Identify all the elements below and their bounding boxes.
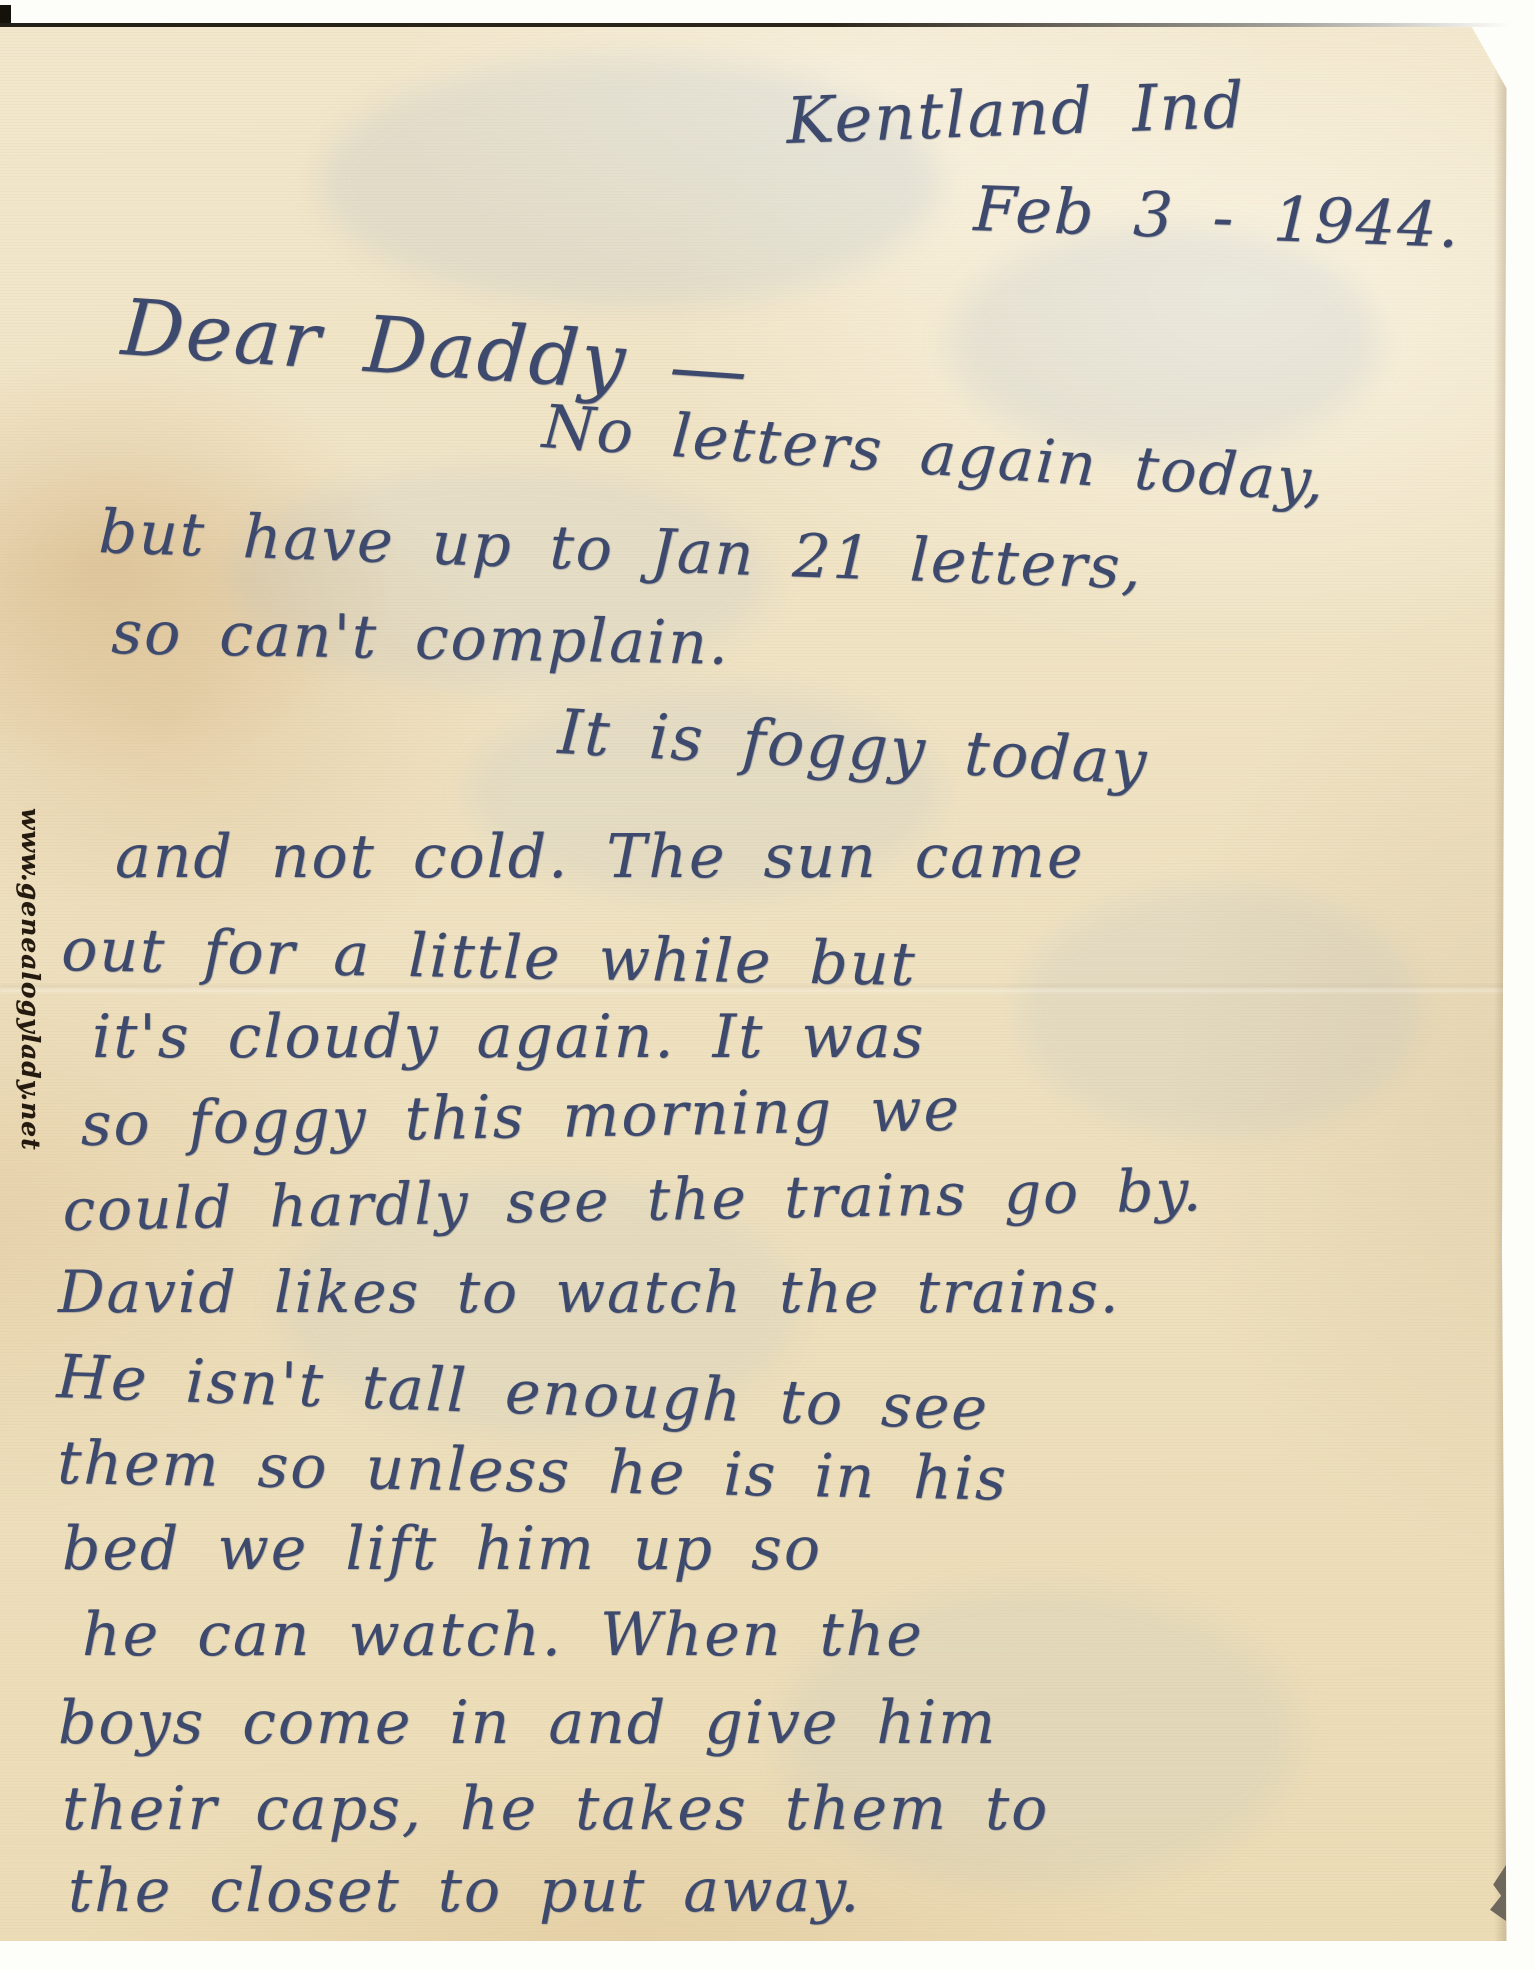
letter-line: so can't complain. (111, 598, 731, 679)
letter-line: out for a little while but (61, 915, 917, 1000)
watermark-text: www.genealogylady.net (16, 808, 45, 1151)
letter-line: David likes to watch the trains. (58, 1258, 1120, 1326)
paper-edge-shading (1494, 27, 1508, 1941)
scanned-letter-page: www.genealogylady.net Kentland Ind Feb 3… (0, 0, 1535, 1970)
ink-showthrough (1020, 887, 1420, 1137)
letter-line: and not cold. The sun came (115, 822, 1084, 892)
letter-line: he can watch. When the (82, 1600, 924, 1670)
letter-line: bed we lift him up so (62, 1514, 822, 1584)
ink-showthrough (950, 227, 1380, 457)
scan-edge-shadow (0, 23, 1512, 27)
letter-line: their caps, he takes them to (62, 1774, 1049, 1844)
letter-line: boys come in and give him (58, 1688, 997, 1758)
letter-line: it's cloudy again. It was (92, 1002, 925, 1072)
letter-line: the closet to put away. (68, 1856, 861, 1926)
